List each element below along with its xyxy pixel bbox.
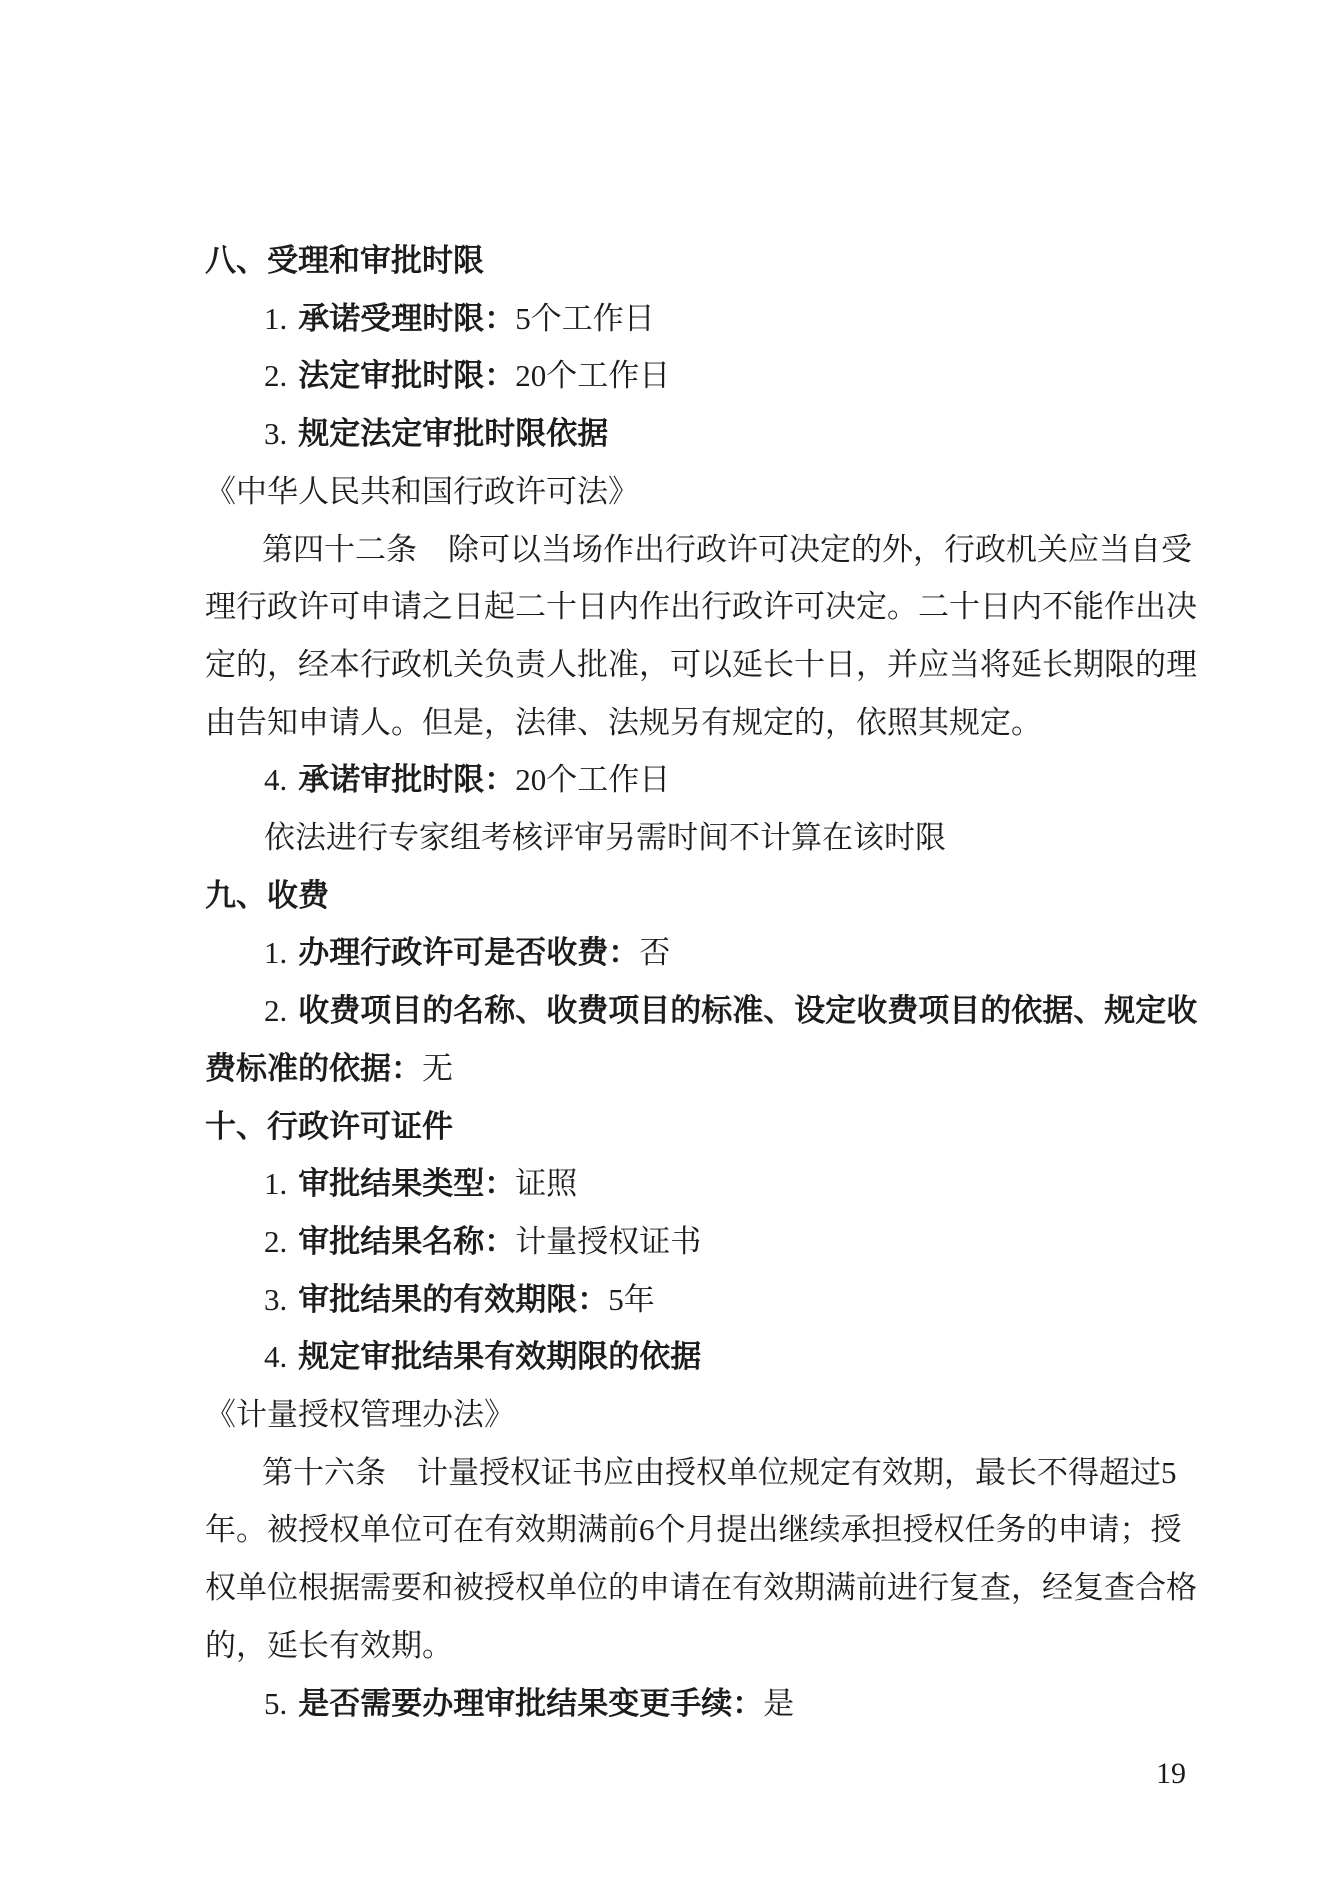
item-fee-details-line-1: 2.收费项目的名称、收费项目的标准、设定收费项目的依据、规定收: [205, 982, 1190, 1040]
law-article-42-line-4: 由告知申请人。但是，法律、法规另有规定的，依照其规定。: [205, 694, 1190, 752]
item-number: 5.: [264, 1686, 287, 1721]
item-value: 证照: [515, 1166, 577, 1201]
item-label: 规定审批结果有效期限的依据: [298, 1339, 701, 1374]
item-result-type: 1.审批结果类型：证照: [205, 1155, 1190, 1213]
item-number: 3.: [264, 1282, 287, 1317]
item-number: 4.: [264, 762, 287, 797]
item-label: 是否需要办理审批结果变更手续：: [298, 1686, 763, 1721]
regulation-article-16-line-3: 权单位根据需要和被授权单位的申请在有效期满前进行复查，经复查合格: [205, 1559, 1190, 1617]
item-value: 计量授权证书: [515, 1224, 701, 1259]
item-number: 2.: [264, 358, 287, 393]
law-article-42-line-1: 第四十二条 除可以当场作出行政许可决定的外，行政机关应当自受: [205, 521, 1190, 579]
item-result-name: 2.审批结果名称：计量授权证书: [205, 1213, 1190, 1271]
item-value: 无: [422, 1051, 453, 1086]
item-value: 5个工作日: [515, 301, 655, 336]
law-article-42-line-2: 理行政许可申请之日起二十日内作出行政许可决定。二十日内不能作出决: [205, 578, 1190, 636]
item-result-validity: 3.审批结果的有效期限：5年: [205, 1271, 1190, 1329]
item-statutory-approval-time: 2.法定审批时限：20个工作日: [205, 347, 1190, 405]
expert-review-note: 依法进行专家组考核评审另需时间不计算在该时限: [205, 809, 1190, 867]
item-change-procedure-required: 5.是否需要办理审批结果变更手续：是: [205, 1675, 1190, 1733]
item-label: 收费项目的名称、收费项目的标准、设定收费项目的依据、规定收: [298, 993, 1197, 1028]
item-number: 2.: [264, 993, 287, 1028]
item-value: 5年: [608, 1282, 655, 1317]
item-number: 1.: [264, 1166, 287, 1201]
item-number: 4.: [264, 1339, 287, 1374]
item-value: 20个工作日: [515, 358, 670, 393]
heading-section-8: 八、受理和审批时限: [205, 232, 1190, 290]
item-label: 承诺审批时限：: [298, 762, 515, 797]
heading-section-10: 十、行政许可证件: [205, 1098, 1190, 1156]
item-number: 1.: [264, 301, 287, 336]
regulation-title: 《计量授权管理办法》: [205, 1386, 1190, 1444]
page-number: 19: [1156, 1756, 1186, 1792]
regulation-article-16-line-2: 年。被授权单位可在有效期满前6个月提出继续承担授权任务的申请；授: [205, 1501, 1190, 1559]
item-fee-details-line-2: 费标准的依据：无: [205, 1040, 1190, 1098]
item-label: 规定法定审批时限依据: [298, 416, 608, 451]
heading-section-9: 九、收费: [205, 867, 1190, 925]
item-value: 20个工作日: [515, 762, 670, 797]
item-fee-required: 1.办理行政许可是否收费：否: [205, 924, 1190, 982]
law-title: 《中华人民共和国行政许可法》: [205, 463, 1190, 521]
item-promised-approval-time: 4.承诺审批时限：20个工作日: [205, 751, 1190, 809]
item-label: 审批结果名称：: [298, 1224, 515, 1259]
item-number: 1.: [264, 935, 287, 970]
item-label: 承诺受理时限：: [298, 301, 515, 336]
item-label: 审批结果的有效期限：: [298, 1282, 608, 1317]
regulation-article-16-line-1: 第十六条 计量授权证书应由授权单位规定有效期，最长不得超过5: [205, 1444, 1190, 1502]
document-page: 八、受理和审批时限 1.承诺受理时限：5个工作日 2.法定审批时限：20个工作日…: [0, 0, 1339, 1890]
item-label: 审批结果类型：: [298, 1166, 515, 1201]
document-body: 八、受理和审批时限 1.承诺受理时限：5个工作日 2.法定审批时限：20个工作日…: [205, 232, 1190, 1732]
item-statutory-time-basis-heading: 3.规定法定审批时限依据: [205, 405, 1190, 463]
item-label: 费标准的依据：: [205, 1051, 422, 1086]
item-label: 法定审批时限：: [298, 358, 515, 393]
item-value: 是: [763, 1686, 794, 1721]
item-promised-acceptance-time: 1.承诺受理时限：5个工作日: [205, 290, 1190, 348]
regulation-article-16-line-4: 的，延长有效期。: [205, 1617, 1190, 1675]
item-validity-basis-heading: 4.规定审批结果有效期限的依据: [205, 1328, 1190, 1386]
item-value: 否: [639, 935, 670, 970]
item-number: 3.: [264, 416, 287, 451]
item-number: 2.: [264, 1224, 287, 1259]
item-label: 办理行政许可是否收费：: [298, 935, 639, 970]
law-article-42-line-3: 定的，经本行政机关负责人批准，可以延长十日，并应当将延长期限的理: [205, 636, 1190, 694]
